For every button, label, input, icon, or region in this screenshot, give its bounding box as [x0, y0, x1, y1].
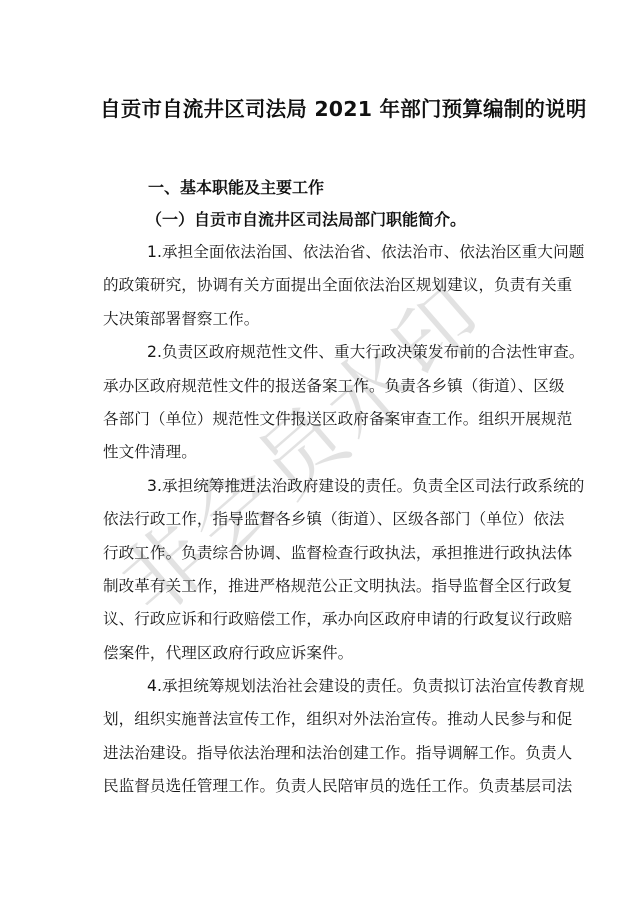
paragraph-1-line: 大决策部署督察工作。	[103, 303, 595, 336]
document-body: 1.承担全面依法治国、依法治省、依法治市、依法治区重大问题 的政策研究，协调有关…	[103, 236, 595, 804]
section-heading: 一、基本职能及主要工作	[148, 175, 324, 198]
document-title: 自贡市自流井区司法局 2021 年部门预算编制的说明	[100, 92, 600, 122]
paragraph-2-line: 2.负责区政府规范性文件、重大行政决策发布前的合法性审查。	[103, 336, 595, 369]
paragraph-1-line: 的政策研究，协调有关方面提出全面依法治区规划建议，负责有关重	[103, 269, 595, 302]
paragraph-3-line: 偿案件，代理区政府行政应诉案件。	[103, 637, 595, 670]
paragraph-1-line: 1.承担全面依法治国、依法治省、依法治市、依法治区重大问题	[103, 236, 595, 269]
paragraph-2-line: 各部门（单位）规范性文件报送区政府备案审查工作。组织开展规范	[103, 403, 595, 436]
document-page: 非会员水印 自贡市自流井区司法局 2021 年部门预算编制的说明 一、基本职能及…	[0, 0, 640, 906]
paragraph-3-line: 依法行政工作，指导监督各乡镇（街道）、区级各部门（单位）依法	[103, 503, 595, 536]
paragraph-3-line: 3.承担统筹推进法治政府建设的责任。负责全区司法行政系统的	[103, 470, 595, 503]
paragraph-4-line: 划，组织实施普法宣传工作，组织对外法治宣传。推动人民参与和促	[103, 703, 595, 736]
paragraph-3-line: 议、行政应诉和行政赔偿工作，承办向区政府申请的行政复议行政赔	[103, 603, 595, 636]
subsection-heading: （一）自贡市自流井区司法局部门职能简介。	[146, 207, 466, 230]
paragraph-2-line: 承办区政府规范性文件的报送备案工作。负责各乡镇（街道）、区级	[103, 370, 595, 403]
paragraph-3-line: 行政工作。负责综合协调、监督检查行政执法，承担推进行政执法体	[103, 537, 595, 570]
paragraph-2-line: 性文件清理。	[103, 436, 595, 469]
paragraph-3-line: 制改革有关工作，推进严格规范公正文明执法。指导监督全区行政复	[103, 570, 595, 603]
paragraph-4-line: 4.承担统筹规划法治社会建设的责任。负责拟订法治宣传教育规	[103, 670, 595, 703]
paragraph-4-line: 进法治建设。指导依法治理和法治创建工作。指导调解工作。负责人	[103, 737, 595, 770]
paragraph-4-line: 民监督员选任管理工作。负责人民陪审员的选任工作。负责基层司法	[103, 770, 595, 803]
